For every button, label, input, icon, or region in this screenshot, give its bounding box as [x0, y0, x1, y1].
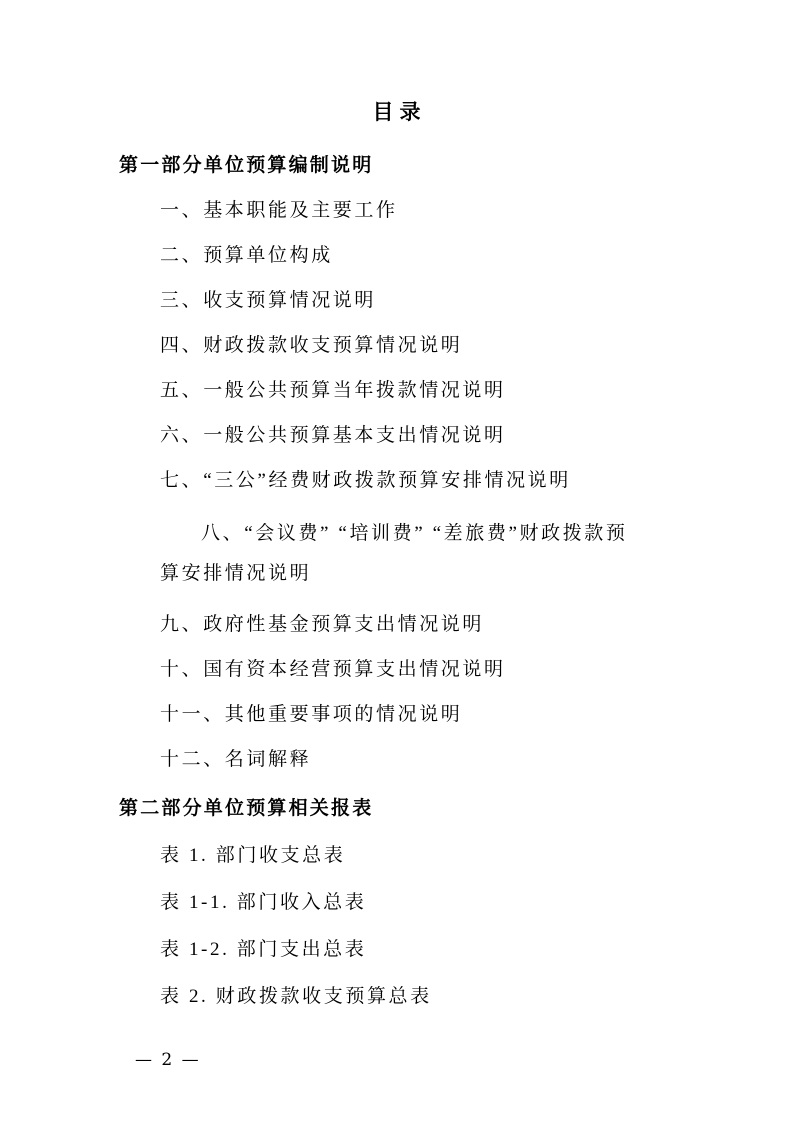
toc-item-4: 四、财政拨款收支预算情况说明: [160, 336, 462, 355]
table-entry-2: 表 2. 财政拨款收支预算总表: [160, 987, 432, 1006]
toc-item-10: 十、国有资本经营预算支出情况说明: [160, 660, 506, 679]
toc-item-12: 十二、名词解释: [160, 750, 311, 769]
section-heading-part1: 第一部分单位预算编制说明: [119, 156, 373, 175]
table-entry-1-2: 表 1-2. 部门支出总表: [160, 940, 366, 959]
toc-item-9: 九、政府性基金预算支出情况说明: [160, 615, 484, 634]
table-entry-1: 表 1. 部门收支总表: [160, 846, 345, 865]
toc-item-11: 十一、其他重要事项的情况说明: [160, 705, 462, 724]
toc-item-3: 三、收支预算情况说明: [160, 291, 376, 310]
toc-item-5: 五、一般公共预算当年拨款情况说明: [160, 381, 506, 400]
section-heading-part2: 第二部分单位预算相关报表: [119, 799, 373, 818]
document-page: 目录 第一部分单位预算编制说明 一、基本职能及主要工作 二、预算单位构成 三、收…: [0, 0, 793, 1122]
toc-item-8-line2: 算安排情况说明: [160, 564, 311, 583]
toc-item-1: 一、基本职能及主要工作: [160, 201, 398, 220]
page-number: — 2 —: [135, 1052, 201, 1069]
doc-title: 目录: [0, 102, 793, 123]
toc-item-8-line1: 八、“会议费” “培训费” “差旅费”财政拨款预: [201, 524, 628, 543]
toc-item-7: 七、“三公”经费财政拨款预算安排情况说明: [160, 471, 571, 490]
toc-item-6: 六、一般公共预算基本支出情况说明: [160, 426, 506, 445]
table-entry-1-1: 表 1-1. 部门收入总表: [160, 893, 366, 912]
toc-item-2: 二、预算单位构成: [160, 246, 333, 265]
